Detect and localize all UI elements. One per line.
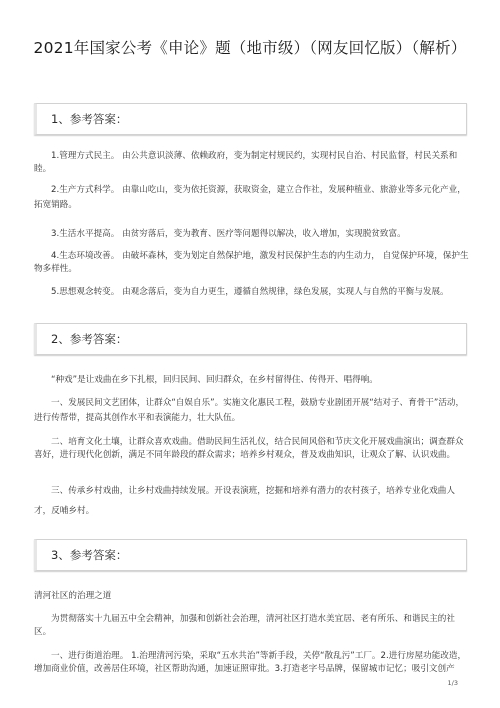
section-label: 3、参考答案： — [51, 547, 127, 563]
answer-paragraph: 1.管理方式民主。 由公共意识淡薄、依赖政府，变为制定村规民约，实现村民自治、村… — [34, 150, 470, 176]
section-header-3: 3、参考答案： — [34, 539, 467, 571]
answer-paragraph: 一、进行街道治理。 1.治理清河污染，采取“五水共治”等新手段，关停“散乱污”工… — [34, 650, 470, 676]
answer-paragraph: 为贯彻落实十九届五中全会精神，加强和创新社会治理，清河社区打造水美宜居、老有所乐… — [34, 613, 470, 639]
answer-paragraph: 二、培育文化土壤，让群众喜欢戏曲。借助民间生活礼仪，结合民间风俗和节庆文化开展戏… — [34, 436, 470, 462]
answer-paragraph: 一、发展民间文艺团体，让群众“自娱自乐”。实施文化惠民工程，鼓励专业剧团开展“结… — [34, 396, 470, 426]
essay-heading: 清河社区的治理之道 — [34, 589, 470, 604]
answer-paragraph: 3.生活水平提高。 由贫穷落后，变为教育、医疗等问题得以解决，收入增加，实现脱贫… — [34, 227, 470, 242]
section-label: 1、参考答案： — [51, 111, 127, 127]
answer-paragraph: 2.生产方式科学。 由靠山吃山，变为依托资源，获取资金，建立合作社，发展种植业、… — [34, 183, 470, 212]
section-header-2: 2、参考答案： — [34, 323, 467, 355]
page-number: 1/3 — [448, 679, 458, 687]
answer-paragraph: 三、传承乡村戏曲，让乡村戏曲持续发展。开设表演班，挖掘和培养有潜力的农村孩子，培… — [34, 481, 470, 521]
section-header-1: 1、参考答案： — [34, 103, 467, 135]
answer-paragraph: “种戏”是让戏曲在乡下扎根，回归民间、回归群众，在乡村留得住、传得开、唱得响。 — [34, 373, 470, 388]
section-label: 2、参考答案： — [51, 331, 127, 347]
answer-paragraph: 5.思想观念转变。 由观念落后，变为自力更生，遵循自然规律，绿色发展，实现人与自… — [34, 285, 470, 300]
page-title: 2021年国家公考《申论》题（地市级）（网友回忆版）（解析） — [0, 36, 500, 58]
answer-paragraph: 4.生态环境改善。 由破坏森林，变为划定自然保护地，激发村民保护生态的内生动力，… — [34, 250, 470, 276]
